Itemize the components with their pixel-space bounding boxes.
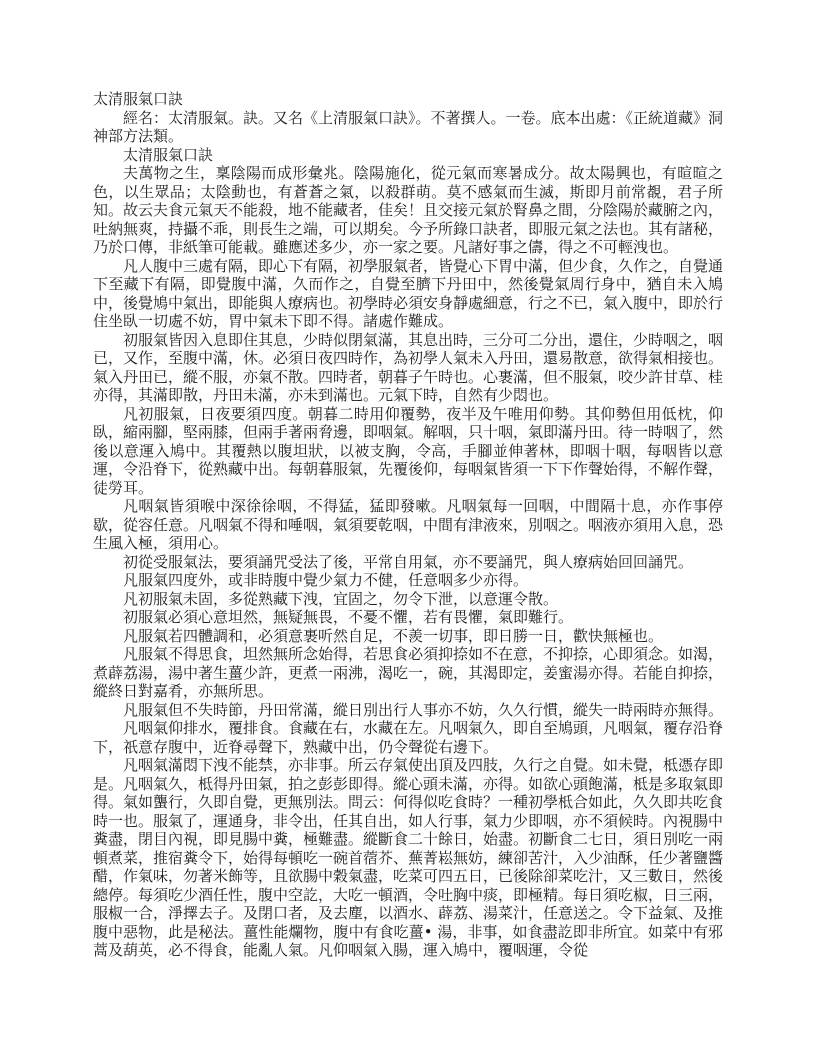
paragraph-four-daily-sessions: 凡初服氣，日夜要須四度。朝暮二時用仰覆勢，夜半及午唯用仰勢。其仰勢但用低枕，仰臥… — [93, 405, 723, 498]
paragraph-final-long: 凡咽氣滿悶下洩不能禁，亦非事。所云存氣使出頂及四肢，久行之自覺。如未覺，柢憑存即… — [93, 756, 723, 960]
paragraph-intro: 夫萬物之生，稟陰陽而成形彙兆。陰陽施化，從元氣而寒暑成分。故太陽興也，有暄暄之色… — [93, 164, 723, 257]
paragraph-incantation: 初從受服氣法，要須誦咒受法了後，平常自用氣，亦不要誦咒，與人療病始回回誦咒。 — [93, 553, 723, 572]
section-title: 太清服氣口訣 — [93, 146, 723, 165]
bibliographic-note: 經名：太清服氣。訣。又名《上清服氣口訣》。不著撰人。一卷。底本出處：《正統道藏》… — [93, 109, 723, 146]
paragraph-swallowing-method: 凡咽氣皆須喉中深徐徐咽，不得猛，猛即發嗽。凡咽氣每一回咽，中間隔十息，亦作事停歇… — [93, 497, 723, 553]
paragraph-posture-direction: 凡咽氣仰排水，覆排食。食藏在右，水藏在左。凡咽氣久，即自至鳩頭，凡咽氣，覆存沿脊… — [93, 719, 723, 756]
paragraph-timing: 凡服氣但不失時節，丹田常滿，縱日別出行人事亦不妨，久久行慣，縱失一時兩時亦無得。 — [93, 701, 723, 720]
paragraph-prevent-leakage: 凡初服氣未固，多從熟藏下洩，宜固之，勿令下泄，以意運令散。 — [93, 590, 723, 609]
paragraph-three-diaphragms: 凡人腹中三處有隔，即心下有隔，初學服氣者，皆覺心下胃中滿，但少食，久作之，自覺通… — [93, 257, 723, 331]
paragraph-extra-swallows: 凡服氣四度外，或非時腹中覺少氣力不健，任意咽多少亦得。 — [93, 571, 723, 590]
document-page: 太清服氣口訣 經名：太清服氣。訣。又名《上清服氣口訣》。不著撰人。一卷。底本出處… — [0, 0, 816, 1056]
paragraph-food-cravings: 凡服氣不得思食，坦然無所念始得，若思食必須抑捺如不在意，不抑捺，心即須念。如渴，… — [93, 645, 723, 701]
document-title: 太清服氣口訣 — [93, 90, 723, 109]
paragraph-body-harmony: 凡服氣若四體調和，必須意裹听然自足，不羨一切事，即日勝一日，歡快無極也。 — [93, 627, 723, 646]
paragraph-initial-breath-holding: 初服氣皆因入息即住其息，少時似閉氣滿，其息出時，三分可二分出，還住，少時咽之，咽… — [93, 331, 723, 405]
paragraph-calm-mind: 初服氣必須心意坦然，無疑無畏，不憂不懼，若有畏懼，氣即難行。 — [93, 608, 723, 627]
document-body: 太清服氣口訣 經名：太清服氣。訣。又名《上清服氣口訣》。不著撰人。一卷。底本出處… — [93, 90, 723, 960]
